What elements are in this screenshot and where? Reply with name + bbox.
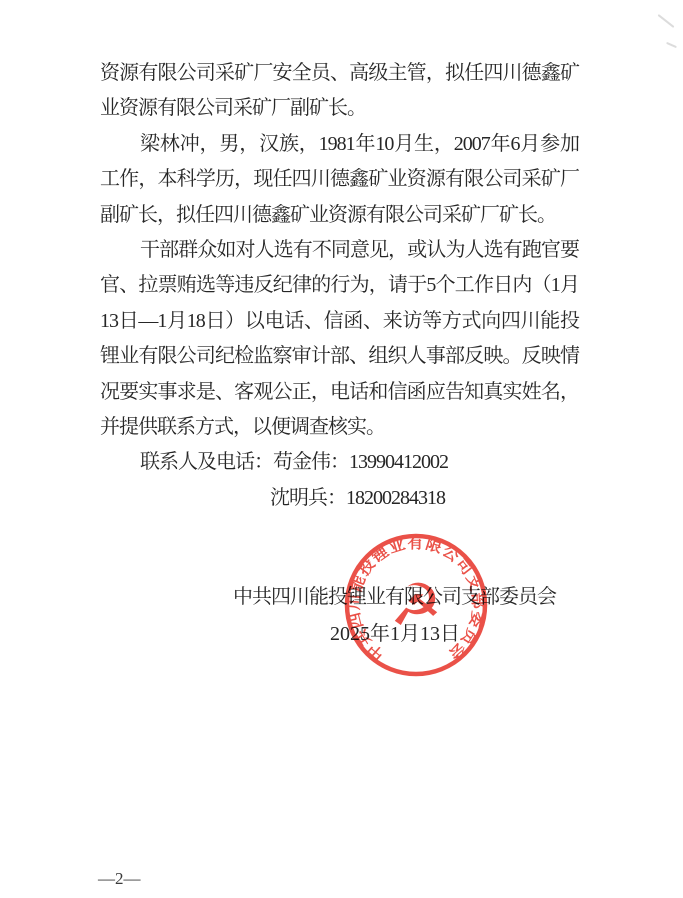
body-line: 锂业有限公司纪检监察审计部、组织人事部反映。反映情 <box>100 339 579 374</box>
signature-committee: 中共四川能投锂业有限公司支部委员会 <box>233 580 556 609</box>
contact-line-1: 联系人及电话：苟金伟：13990412002 <box>100 445 579 480</box>
scanned-document-page: 资源有限公司采矿厂安全员、高级主管，拟任四川德鑫矿 业资源有限公司采矿厂副矿长。… <box>0 0 683 898</box>
body-line: 干部群众如对人选有不同意见，或认为人选有跑官要 <box>100 233 579 268</box>
scan-artifact <box>658 14 675 28</box>
body-line: 13日—1月18日）以电话、信函、来访等方式向四川能投 <box>100 304 579 339</box>
body-line: 官、拉票贿选等违反纪律的行为，请于5个工作日内（1月 <box>100 268 579 303</box>
scan-artifact <box>666 42 677 48</box>
body-line: 资源有限公司采矿厂安全员、高级主管，拟任四川德鑫矿 <box>100 56 579 91</box>
body-line: 况要实事求是、客观公正，电话和信函应告知真实姓名， <box>100 375 579 410</box>
body-line: 梁林冲，男，汉族，1981年10月生，2007年6月参加 <box>100 127 579 162</box>
document-body: 资源有限公司采矿厂安全员、高级主管，拟任四川德鑫矿 业资源有限公司采矿厂副矿长。… <box>100 56 579 516</box>
page-number: —2— <box>98 869 141 889</box>
contact-line-2: 沈明兵：18200284318 <box>270 481 579 516</box>
body-line: 工作，本科学历，现任四川德鑫矿业资源有限公司采矿厂 <box>100 162 579 197</box>
signature-date: 2025年1月13日 <box>330 617 460 646</box>
body-line: 业资源有限公司采矿厂副矿长。 <box>100 91 579 126</box>
body-line: 副矿长，拟任四川德鑫矿业资源有限公司采矿厂矿长。 <box>100 198 579 233</box>
body-line: 并提供联系方式，以便调查核实。 <box>100 410 579 445</box>
